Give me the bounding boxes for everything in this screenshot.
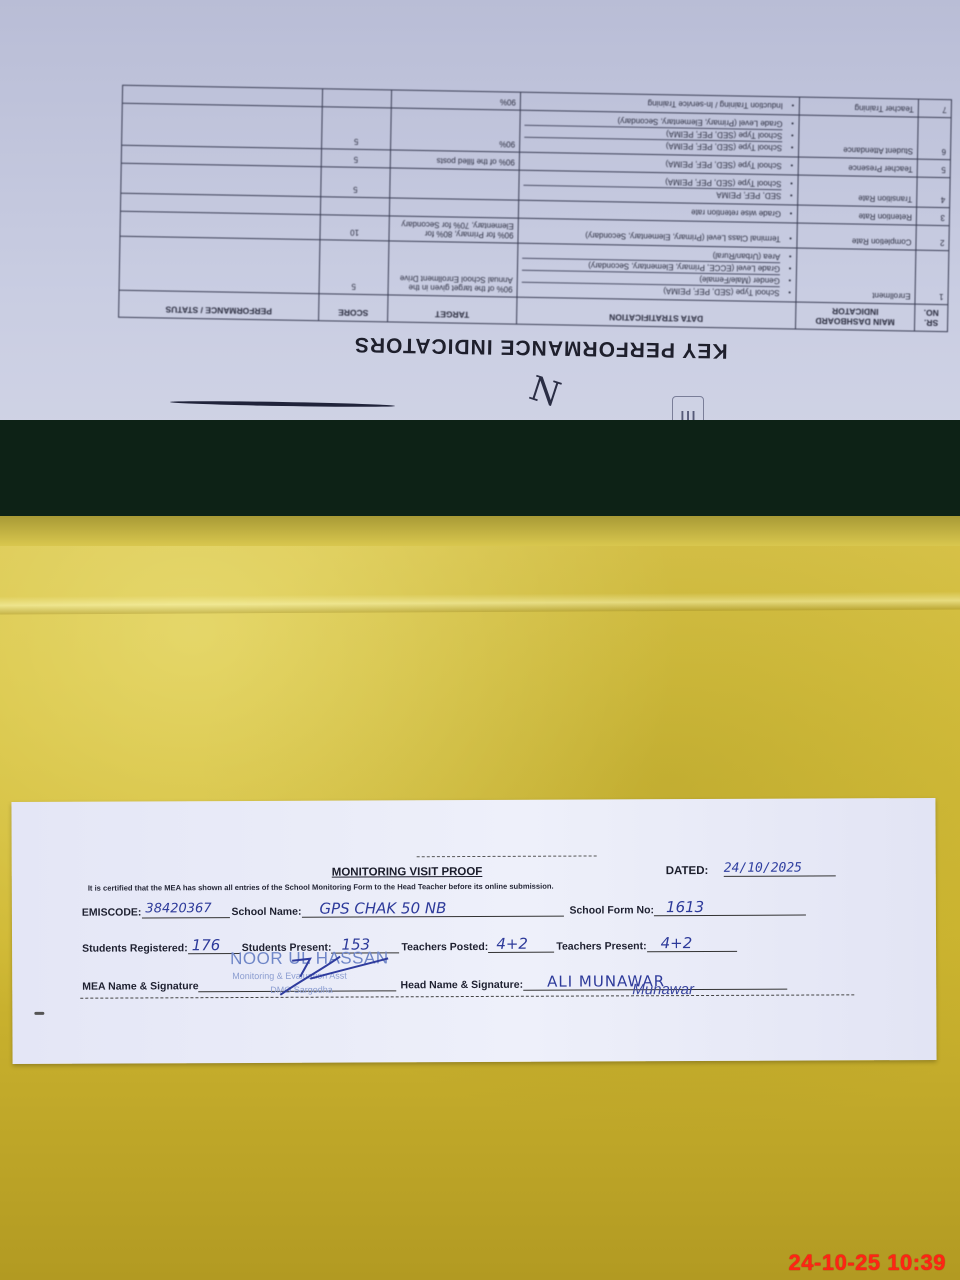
col-status: PERFORMANCE / STATUS — [119, 290, 319, 320]
kpi-indicator: Enrollment — [796, 248, 916, 304]
kpi-stratification: School Type (SED, PEF, PEIMA)Gender (Mal… — [517, 243, 797, 302]
kpi-target: 90% for Primary, 80% for Elementary, 70%… — [389, 216, 518, 243]
school-form-value: 1613 — [654, 899, 806, 917]
school-info-row: EMISCODE: 38420367 School Name: GPS CHAK… — [82, 899, 806, 919]
kpi-target: 90% of the target given in the Annual Sc… — [388, 241, 518, 297]
kpi-sr: 3 — [916, 207, 949, 226]
col-indicator: MAIN DASHBOARD INDICATOR — [795, 302, 914, 331]
folder-top-edge — [0, 516, 960, 546]
dated-value: 24/10/2025 — [724, 860, 836, 876]
kpi-indicator: Teacher Training — [799, 97, 918, 117]
kpi-sr: 5 — [917, 159, 950, 178]
kpi-table: SR. NO. MAIN DASHBOARD INDICATOR DATA ST… — [118, 85, 952, 332]
kpi-status — [120, 193, 320, 214]
col-target: TARGET — [388, 295, 517, 324]
kpi-document-content: KEY PERFORMANCE INDICATORS SR. NO. MAIN … — [0, 0, 960, 428]
kpi-score: 5 — [321, 167, 391, 198]
certification-text: It is certified that the MEA has shown a… — [88, 882, 554, 893]
kpi-score — [322, 89, 391, 108]
kpi-table-body: 1EnrollmentSchool Type (SED, PEF, PEIMA)… — [119, 85, 951, 304]
kpi-status — [122, 103, 323, 148]
kpi-sr: 1 — [915, 250, 949, 305]
attendance-row: Students Registered: 176 Students Presen… — [82, 935, 737, 955]
head-signature: Munawar — [632, 981, 694, 998]
kpi-target — [390, 168, 520, 200]
dated-label: DATED: — [666, 865, 709, 877]
kpi-document: KEY PERFORMANCE INDICATORS SR. NO. MAIN … — [0, 0, 960, 490]
kpi-indicator: Teacher Presence — [798, 157, 917, 177]
teachers-posted-value: 4+2 — [488, 936, 554, 953]
kpi-sr: 4 — [917, 177, 951, 208]
col-stratification: DATA STRATIFICATION — [517, 297, 796, 329]
kpi-indicator: Retention Rate — [797, 205, 916, 225]
emiscode-value: 38420367 — [141, 901, 229, 918]
kpi-stratification: SED, PEF, PEIMASchool Type (SED, PEF, PE… — [519, 170, 798, 205]
slip-bottom-dash — [80, 994, 854, 998]
kpi-status — [121, 145, 321, 166]
kpi-stratification: Terminal Class Level (Primary, Elementar… — [518, 218, 797, 248]
stratification-item: School Type (SED, PEF, PEIMA) — [524, 156, 782, 172]
kpi-indicator: Student Attendance — [798, 115, 918, 159]
head-label: Head Name & Signature: — [401, 979, 524, 992]
kpi-score: 5 — [319, 240, 389, 295]
school-name-label: School Name: — [231, 906, 301, 918]
school-name-value: GPS CHAK 50 NB — [301, 900, 563, 918]
stratification-item: Terminal Class Level (Primary, Elementar… — [522, 229, 780, 245]
slip-title: MONITORING VISIT PROOF — [332, 866, 483, 879]
students-registered-label: Students Registered: — [82, 942, 188, 954]
kpi-score: 5 — [321, 149, 390, 168]
kpi-score — [320, 197, 389, 216]
staple-mark — [34, 1012, 44, 1015]
kpi-sr: 7 — [918, 99, 951, 118]
table-surface — [0, 420, 960, 530]
kpi-indicator: Transition Rate — [798, 175, 918, 207]
kpi-status — [120, 211, 320, 239]
folder-crease — [0, 591, 960, 614]
mea-signature-icon — [270, 950, 390, 999]
slip-top-dash — [417, 855, 597, 857]
mea-label: MEA Name & Signature — [82, 980, 198, 993]
kpi-target: 90% — [391, 108, 521, 152]
kpi-target: 90% — [391, 90, 520, 110]
col-score: SCORE — [319, 294, 388, 322]
kpi-title: KEY PERFORMANCE INDICATORS — [354, 332, 728, 363]
kpi-sr: 6 — [917, 117, 951, 160]
kpi-score: 5 — [322, 107, 392, 150]
kpi-stratification: School Type (SED, PEF, PEIMA)School Type… — [520, 110, 800, 157]
emiscode-label: EMISCODE: — [82, 906, 142, 918]
stratification-item: Grade wise retention rate — [523, 204, 781, 220]
school-form-label: School Form No: — [569, 904, 654, 916]
kpi-status — [121, 163, 321, 196]
camera-timestamp: 24-10-25 10:39 — [789, 1250, 946, 1276]
stratification-item: Induction Training / In-service Training — [525, 96, 783, 112]
kpi-status — [122, 85, 322, 106]
col-sr: SR. NO. — [914, 304, 947, 332]
kpi-target — [389, 198, 518, 218]
kpi-score: 10 — [320, 215, 389, 241]
teachers-present-value: 4+2 — [647, 935, 737, 952]
kpi-sr: 2 — [916, 225, 949, 251]
kpi-target: 90% of the filled posts — [390, 150, 519, 170]
teachers-present-label: Teachers Present: — [556, 940, 646, 952]
kpi-indicator: Completion Rate — [797, 223, 916, 250]
kpi-status — [119, 236, 320, 293]
teachers-posted-label: Teachers Posted: — [402, 941, 489, 953]
monitoring-visit-slip: MONITORING VISIT PROOF DATED: 24/10/2025… — [11, 798, 936, 1064]
